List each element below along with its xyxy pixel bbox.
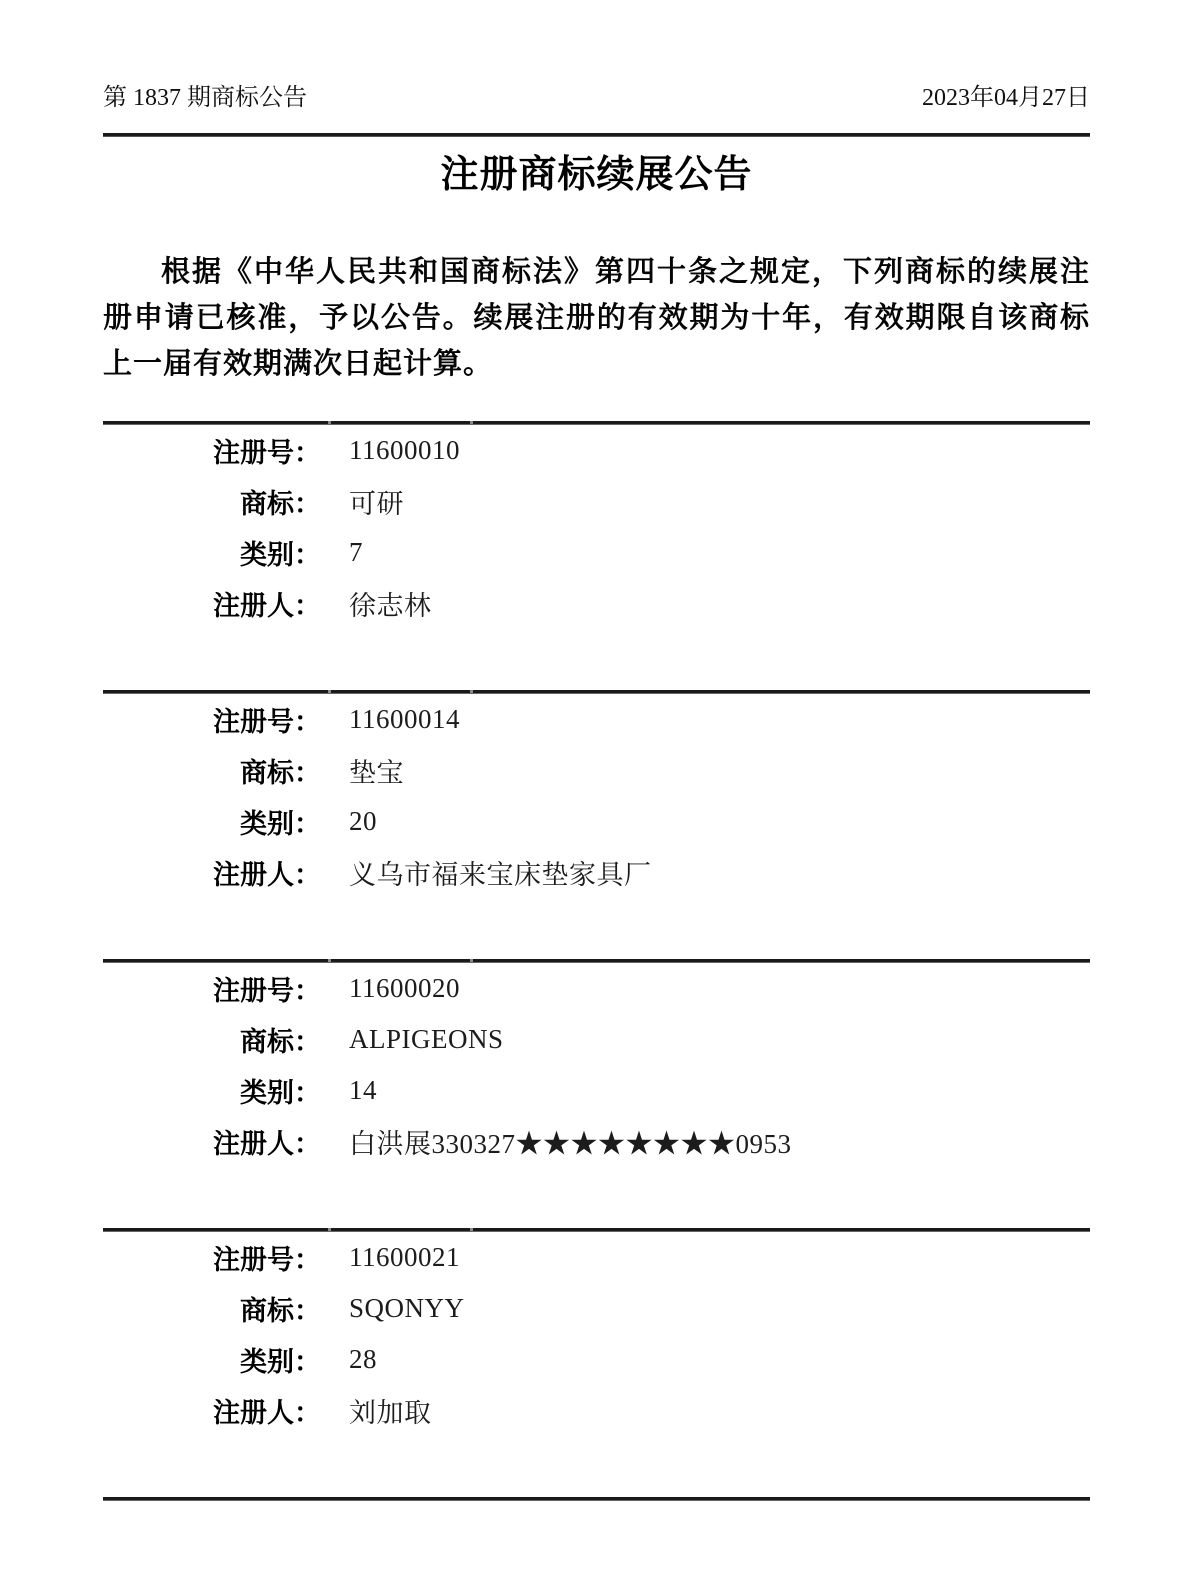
reg-no-label: 注册号： [103,969,321,1008]
divider-tick [470,959,473,962]
reg-no-value: 11600014 [321,704,460,735]
registrant-label: 注册人： [103,584,321,623]
record-list: 注册号： 11600010 商标： 可研 类别： 7 注册人： 徐志林 注 [103,421,1090,1501]
reg-no-value: 11600020 [321,973,460,1004]
trademark-record-4: 注册号： 11600021 商标： SQONYY 类别： 28 注册人： 刘加取 [103,1228,1090,1497]
field-row: 注册号： 11600020 [103,963,1090,1014]
bottom-rule [103,1497,1090,1501]
gazette-issue: 第 1837 期商标公告 [103,84,307,112]
field-row: 注册号： 11600010 [103,425,1090,476]
divider-tick [470,421,473,424]
gazette-page: 第 1837 期商标公告 2023年04月27日 注册商标续展公告 根据《中华人… [0,0,1190,1596]
trademark-label: 商标： [103,751,321,790]
divider-tick [470,1228,473,1231]
reg-no-label: 注册号： [103,1238,321,1277]
field-row: 类别： 28 [103,1334,1090,1385]
divider-tick [470,690,473,693]
reg-no-value: 11600021 [321,1242,460,1273]
category-value: 20 [321,806,377,837]
trademark-value: 垫宝 [321,751,404,790]
registrant-value: 白洪展330327★★★★★★★★0953 [321,1122,792,1161]
field-row: 类别： 14 [103,1065,1090,1116]
gazette-date: 2023年04月27日 [922,84,1090,112]
category-label: 类别： [103,533,321,572]
trademark-label: 商标： [103,482,321,521]
divider-tick [328,959,331,962]
field-row: 注册人： 刘加取 [103,1385,1090,1436]
record-divider [103,690,1090,694]
field-row: 类别： 7 [103,527,1090,578]
divider-tick [328,690,331,693]
trademark-record-3: 注册号： 11600020 商标： ALPIGEONS 类别： 14 注册人： … [103,959,1090,1228]
category-label: 类别： [103,802,321,841]
registrant-label: 注册人： [103,1391,321,1430]
registrant-value: 刘加取 [321,1391,432,1430]
field-row: 注册号： 11600014 [103,694,1090,745]
field-row: 注册号： 11600021 [103,1232,1090,1283]
reg-no-label: 注册号： [103,700,321,739]
trademark-label: 商标： [103,1020,321,1059]
field-row: 注册人： 义乌市福来宝床垫家具厂 [103,847,1090,898]
page-title: 注册商标续展公告 [103,151,1090,199]
field-row: 商标： ALPIGEONS [103,1014,1090,1065]
record-divider [103,421,1090,425]
field-row: 商标： SQONYY [103,1283,1090,1334]
category-value: 14 [321,1075,377,1106]
reg-no-value: 11600010 [321,435,460,466]
field-row: 注册人： 白洪展330327★★★★★★★★0953 [103,1116,1090,1167]
intro-paragraph: 根据《中华人民共和国商标法》第四十条之规定，下列商标的续展注册申请已核准，予以公… [103,249,1090,387]
divider-tick [328,1228,331,1231]
trademark-record-2: 注册号： 11600014 商标： 垫宝 类别： 20 注册人： 义乌市福来宝床… [103,690,1090,959]
trademark-value: 可研 [321,482,404,521]
trademark-record-1: 注册号： 11600010 商标： 可研 类别： 7 注册人： 徐志林 [103,421,1090,690]
registrant-label: 注册人： [103,853,321,892]
reg-no-label: 注册号： [103,431,321,470]
header-rule [103,133,1090,137]
registrant-value: 义乌市福来宝床垫家具厂 [321,853,652,892]
record-divider [103,959,1090,963]
field-row: 商标： 垫宝 [103,745,1090,796]
trademark-value: ALPIGEONS [321,1024,504,1055]
trademark-value: SQONYY [321,1293,465,1324]
category-value: 7 [321,537,363,568]
field-row: 商标： 可研 [103,476,1090,527]
category-label: 类别： [103,1071,321,1110]
field-row: 类别： 20 [103,796,1090,847]
registrant-label: 注册人： [103,1122,321,1161]
running-header: 第 1837 期商标公告 2023年04月27日 [103,0,1090,112]
field-row: 注册人： 徐志林 [103,578,1090,629]
registrant-value: 徐志林 [321,584,432,623]
category-label: 类别： [103,1340,321,1379]
divider-tick [328,421,331,424]
trademark-label: 商标： [103,1289,321,1328]
record-divider [103,1228,1090,1232]
category-value: 28 [321,1344,377,1375]
